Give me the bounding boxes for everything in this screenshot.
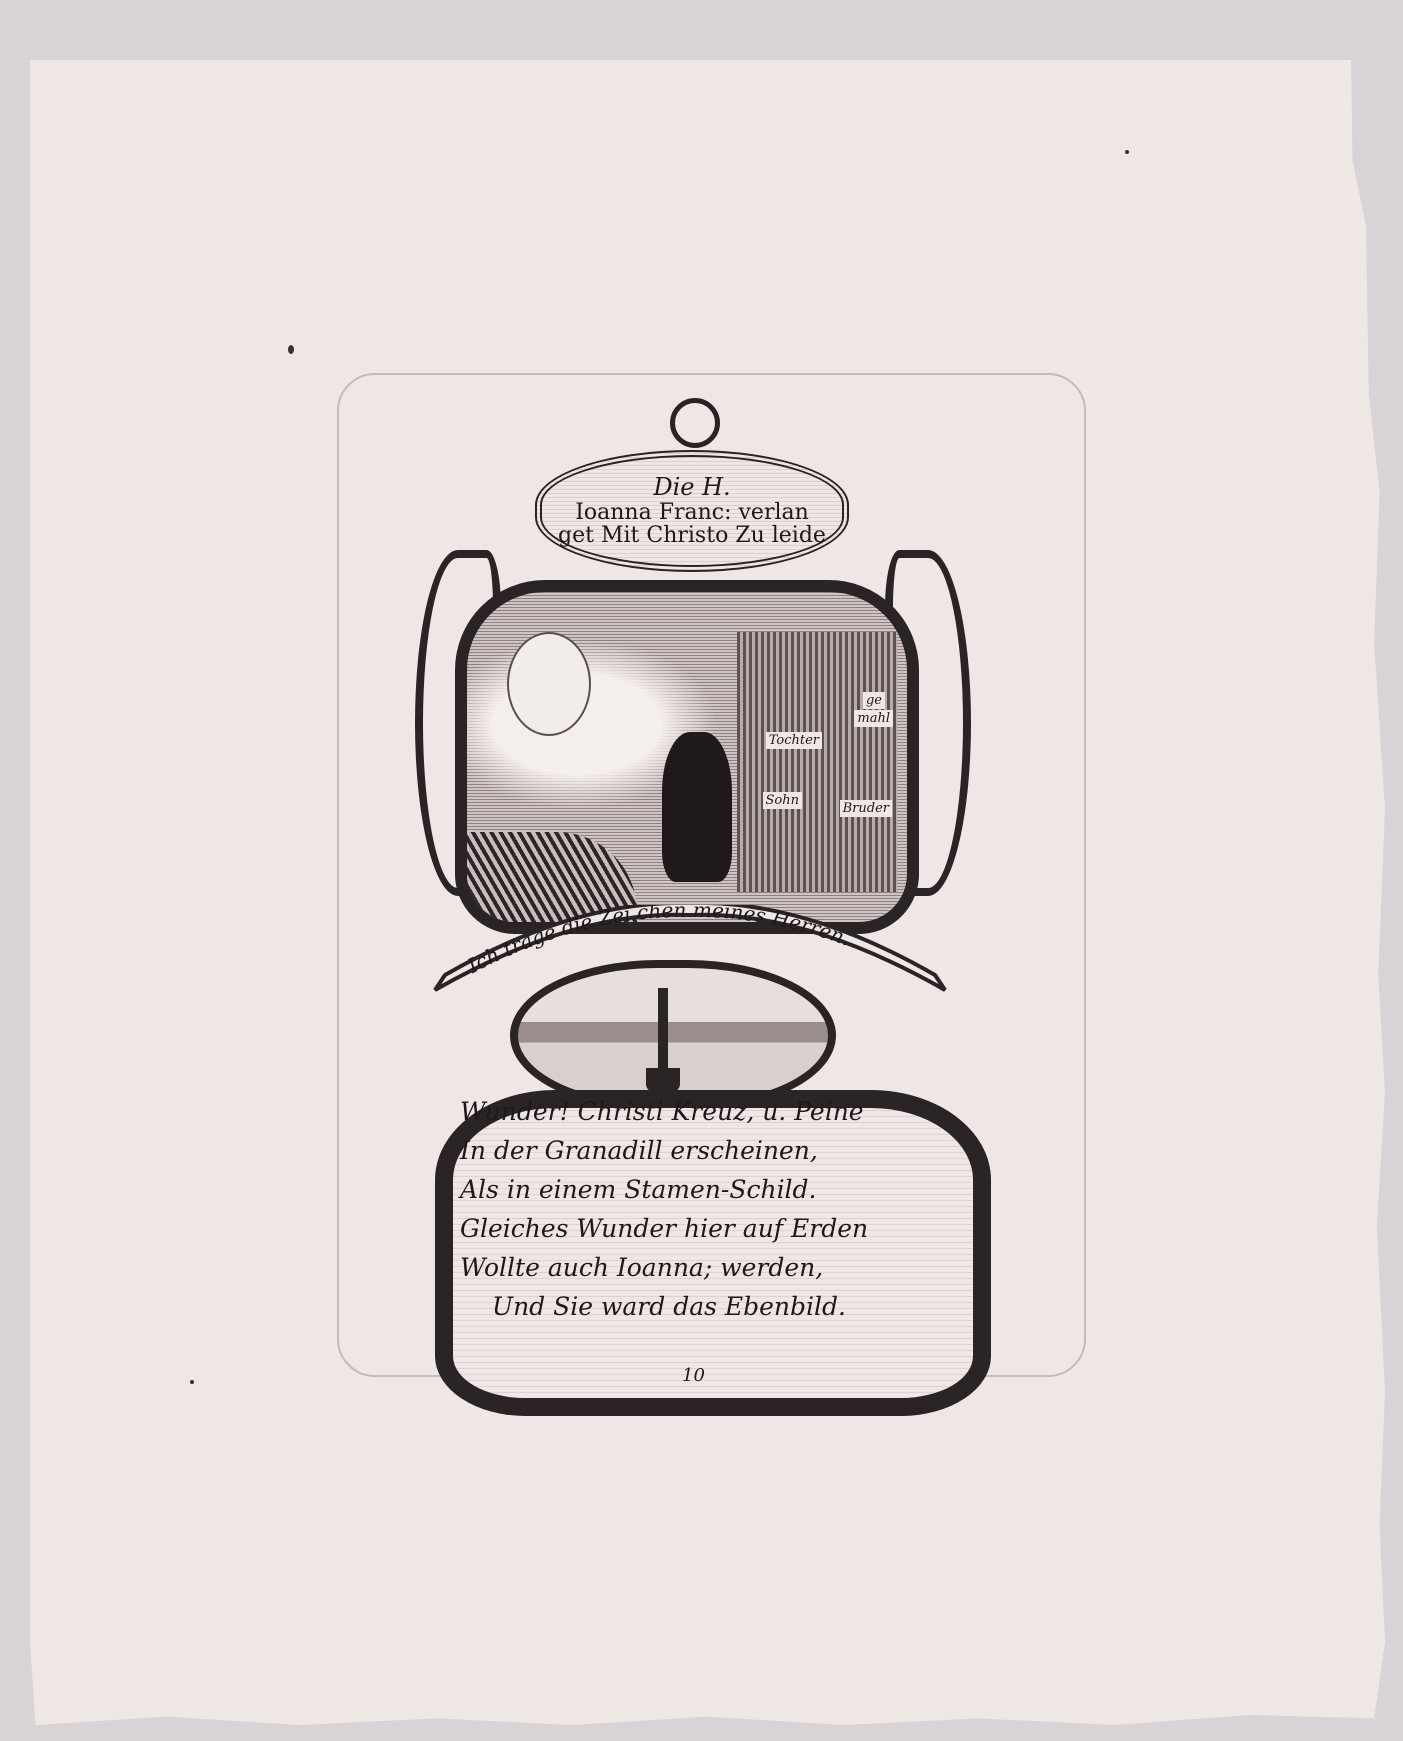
passion-flower-garden (510, 960, 836, 1111)
engraving: Die H. Ioanna Franc: verlan get Mit Chri… (415, 380, 1055, 1430)
title-line-1: Die H. (653, 475, 730, 500)
label-tochter: Tochter (766, 732, 822, 749)
rosette-ornament (670, 398, 720, 448)
label-sohn: Sohn (763, 792, 802, 809)
paper-sheet: Die H. Ioanna Franc: verlan get Mit Chri… (30, 60, 1385, 1725)
verse-line-2: In der Granadill erscheinen, (460, 1131, 930, 1170)
kneeling-nun (662, 732, 732, 882)
label-gemahl-1: ge (863, 692, 885, 709)
title-line-3: get Mit Christo Zu leide (558, 524, 826, 547)
angel-with-cross (507, 632, 591, 736)
flower-pot (646, 1068, 680, 1092)
paper-speck (1125, 150, 1129, 154)
title-line-2: Ioanna Franc: verlan (575, 501, 809, 524)
paper-speck (190, 1380, 194, 1384)
paper-speck (288, 345, 294, 354)
passion-flower-plant (658, 988, 668, 1078)
verse-line-3: Als in einem Stamen-Schild. (460, 1170, 930, 1209)
plate-number: 10 (682, 1365, 705, 1386)
verse-line-4: Gleiches Wunder hier auf Erden (460, 1209, 930, 1248)
label-bruder: Bruder (840, 800, 892, 817)
saint-scene: Tochter ge mahl Sohn Bruder (455, 580, 919, 934)
verse-text: Wunder! Christi Kreuz, u. Peine In der G… (460, 1092, 930, 1326)
label-gemahl-2: mahl (854, 710, 893, 727)
tomb-with-skeleton (737, 632, 897, 892)
title-cartouche: Die H. Ioanna Franc: verlan get Mit Chri… (535, 450, 849, 572)
verse-line-6: Und Sie ward das Ebenbild. (460, 1287, 930, 1326)
verse-line-1: Wunder! Christi Kreuz, u. Peine (460, 1092, 930, 1131)
verse-line-5: Wollte auch Ioanna; werden, (460, 1248, 930, 1287)
